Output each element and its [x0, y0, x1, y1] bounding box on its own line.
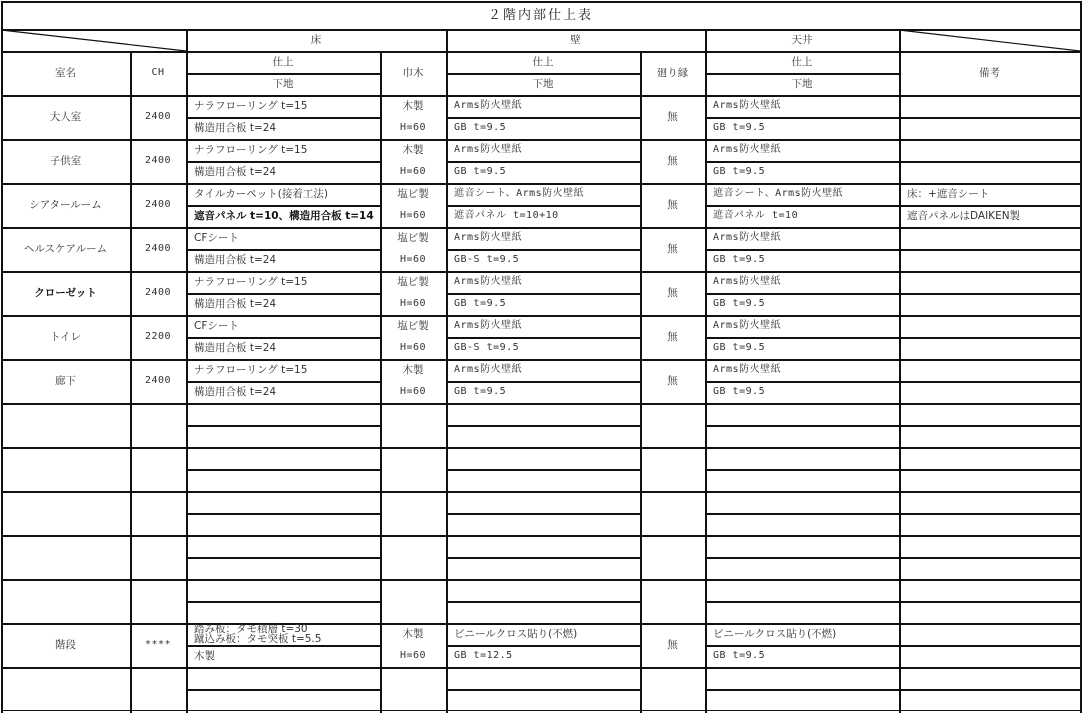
grid-line [186, 579, 188, 625]
grid-line [899, 601, 1082, 603]
ceiling-height: 2400 [130, 183, 186, 227]
row-divider [1, 403, 1082, 405]
ceiling-finish: Arms防火壁紙 [705, 271, 899, 293]
grid-line [899, 689, 1082, 691]
crown-molding: 無 [640, 139, 705, 183]
grid-line [186, 403, 188, 449]
remarks [899, 161, 1080, 183]
grid-line [446, 689, 642, 691]
finish-schedule-table: ２階内部仕上表床壁天井室名CH仕上下地巾木仕上下地廻り縁仕上下地備考大人室240… [0, 0, 1082, 713]
grid-line [705, 535, 707, 581]
grid-line [705, 513, 901, 515]
floor-base: 木製 [186, 645, 380, 667]
crown-molding: 無 [640, 227, 705, 271]
header-ceiling-finish: 仕上 [705, 51, 899, 73]
grid-line [130, 579, 132, 625]
header-wall-finish: 仕上 [446, 51, 640, 73]
row-divider [1, 535, 1082, 537]
room-name: クローゼット [1, 271, 130, 315]
grid-line [380, 535, 382, 581]
baseboard-height: H=60 [380, 117, 446, 139]
row-divider [1, 491, 1082, 493]
room-name: 階段 [1, 623, 130, 667]
floor-finish: ナラフローリング t=15 [186, 139, 380, 161]
header-remarks: 備考 [899, 51, 1080, 95]
grid-line [640, 447, 642, 493]
grid-line [899, 447, 901, 493]
grid-line [705, 469, 901, 471]
room-name: 子供室 [1, 139, 130, 183]
grid-line [705, 403, 707, 449]
floor-finish: ナラフローリング t=15 [186, 271, 380, 293]
grid-line [899, 535, 901, 581]
wall-base: GB t=9.5 [446, 293, 640, 315]
baseboard-height: H=60 [380, 205, 446, 227]
grid-line [446, 447, 448, 493]
ceiling-finish: Arms防火壁紙 [705, 95, 899, 117]
room-name: ヘルスケアルーム [1, 227, 130, 271]
header-ceiling-base: 下地 [705, 73, 899, 95]
grid-line [705, 491, 707, 537]
grid-line [186, 491, 188, 537]
header-ceiling: 天井 [705, 29, 899, 51]
grid-line [446, 403, 448, 449]
header-floor-base: 下地 [186, 73, 380, 95]
baseboard-material: 塩ビ製 [380, 183, 446, 205]
grid-line [186, 667, 188, 713]
floor-base: 構造用合板 t=24 [186, 249, 380, 271]
grid-line [640, 491, 642, 537]
grid-line [130, 403, 132, 449]
grid-line [130, 447, 132, 493]
grid-line [705, 601, 901, 603]
remarks [899, 337, 1080, 359]
floor-finish: CFシート [186, 315, 380, 337]
grid-line [186, 557, 382, 559]
ceiling-height: 2400 [130, 95, 186, 139]
grid-line [705, 579, 707, 625]
ceiling-finish: Arms防火壁紙 [705, 139, 899, 161]
grid-line [899, 557, 1082, 559]
grid-line [705, 425, 901, 427]
grid-line [380, 491, 382, 537]
grid-line [640, 535, 642, 581]
crown-molding: 無 [640, 183, 705, 227]
ceiling-base: GB t=9.5 [705, 249, 899, 271]
grid-line [186, 469, 382, 471]
header-wall: 壁 [446, 29, 705, 51]
grid-line [899, 491, 901, 537]
crown-molding: 無 [640, 315, 705, 359]
grid-line [899, 469, 1082, 471]
grid-line [899, 667, 901, 713]
crown-molding: 無 [640, 95, 705, 139]
baseboard-material: 木製 [380, 139, 446, 161]
baseboard-material: 塩ビ製 [380, 315, 446, 337]
riser-spec: 蹴込み板：タモ突板 t=5.5 [194, 634, 321, 644]
grid-line [899, 645, 1082, 647]
grid-line [186, 689, 382, 691]
ceiling-height: 2400 [130, 227, 186, 271]
header-room-name: 室名 [1, 51, 130, 95]
crown-molding: 無 [640, 271, 705, 315]
ceiling-height: 2400 [130, 271, 186, 315]
grid-line [130, 667, 132, 713]
floor-finish: CFシート [186, 227, 380, 249]
baseboard-material: 塩ビ製 [380, 227, 446, 249]
grid-line [380, 447, 382, 493]
room-name: 廊下 [1, 359, 130, 403]
remarks [899, 315, 1080, 337]
crown-molding: 無 [640, 623, 705, 667]
remarks [899, 139, 1080, 161]
grid-line [640, 579, 642, 625]
remarks: 遮音パネルはDAIKEN製 [899, 205, 1080, 227]
baseboard-material: 木製 [380, 95, 446, 117]
room-name: 大人室 [1, 95, 130, 139]
row-divider [1, 447, 1082, 449]
ceiling-finish: 遮音シート、Arms防火壁紙 [705, 183, 899, 205]
grid-line [899, 425, 1082, 427]
wall-finish: Arms防火壁紙 [446, 227, 640, 249]
remarks [899, 293, 1080, 315]
wall-finish: Arms防火壁紙 [446, 271, 640, 293]
wall-finish: Arms防火壁紙 [446, 315, 640, 337]
wall-finish: 遮音シート、Arms防火壁紙 [446, 183, 640, 205]
ceiling-finish: Arms防火壁紙 [705, 315, 899, 337]
floor-finish: タイルカーペット(接着工法) [186, 183, 380, 205]
ceiling-base: GB t=9.5 [705, 293, 899, 315]
ceiling-base: GB t=9.5 [705, 381, 899, 403]
wall-base: GB t=9.5 [446, 161, 640, 183]
wall-base: 遮音パネル t=10+10 [446, 205, 640, 227]
ceiling-base: GB t=9.5 [705, 161, 899, 183]
grid-line [899, 579, 901, 625]
ceiling-finish: ビニールクロス貼り(不燃) [705, 623, 899, 645]
grid-line [130, 535, 132, 581]
grid-line [130, 491, 132, 537]
baseboard-height: H=60 [380, 381, 446, 403]
remarks [899, 271, 1080, 293]
ceiling-base: GB t=9.5 [705, 337, 899, 359]
wall-base: GB-S t=9.5 [446, 337, 640, 359]
grid-line [705, 447, 707, 493]
remarks [899, 381, 1080, 403]
grid-line [899, 623, 901, 669]
floor-base: 構造用合板 t=24 [186, 117, 380, 139]
row-divider [1, 579, 1082, 581]
grid-line [446, 513, 642, 515]
remarks: 床：+遮音シート [899, 183, 1080, 205]
wall-finish: Arms防火壁紙 [446, 359, 640, 381]
grid-line [705, 667, 707, 713]
floor-base: 構造用合板 t=24 [186, 161, 380, 183]
grid-line [640, 403, 642, 449]
ceiling-base: GB t=9.5 [705, 117, 899, 139]
grid-line [186, 535, 188, 581]
baseboard-height: H=60 [380, 161, 446, 183]
crown-molding: 無 [640, 359, 705, 403]
header-ch: CH [130, 51, 186, 95]
wall-base: GB t=9.5 [446, 381, 640, 403]
wall-finish: Arms防火壁紙 [446, 95, 640, 117]
page-title: ２階内部仕上表 [1, 2, 1080, 29]
grid-line [446, 601, 642, 603]
header-floor: 床 [186, 29, 446, 51]
wall-base: GB t=12.5 [446, 645, 640, 667]
ceiling-base: 遮音パネル t=10 [705, 205, 899, 227]
grid-line [446, 491, 448, 537]
ceiling-finish: Arms防火壁紙 [705, 359, 899, 381]
wall-finish: ビニールクロス貼り(不燃) [446, 623, 640, 645]
grid-line [705, 689, 901, 691]
ceiling-finish: Arms防火壁紙 [705, 227, 899, 249]
row-divider [1, 667, 1082, 669]
remarks [899, 95, 1080, 117]
grid-line [705, 557, 901, 559]
grid-line [640, 667, 642, 713]
grid-line [186, 447, 188, 493]
grid-line [446, 667, 448, 713]
grid-line [446, 425, 642, 427]
grid-line [446, 535, 448, 581]
grid-line [380, 403, 382, 449]
baseboard-material: 塩ビ製 [380, 271, 446, 293]
header-molding: 廻り縁 [640, 51, 705, 95]
floor-finish: ナラフローリング t=15 [186, 95, 380, 117]
grid-line [186, 513, 382, 515]
wall-finish: Arms防火壁紙 [446, 139, 640, 161]
remarks [899, 227, 1080, 249]
baseboard-height: H=60 [380, 249, 446, 271]
grid-line [899, 513, 1082, 515]
floor-base: 遮音パネル t=10、構造用合板 t=14 [186, 205, 380, 227]
floor-finish: ナラフローリング t=15 [186, 359, 380, 381]
grid-line [186, 601, 382, 603]
ceiling-height: 2400 [130, 139, 186, 183]
table-bottom-border [1, 710, 1082, 712]
header-floor-finish: 仕上 [186, 51, 380, 73]
room-name: トイレ [1, 315, 130, 359]
baseboard-height: H=60 [380, 337, 446, 359]
floor-base: 構造用合板 t=24 [186, 293, 380, 315]
grid-line [899, 403, 901, 449]
floor-finish: 踏み板：タモ積層 t=30蹴込み板：タモ突板 t=5.5 [186, 623, 380, 645]
baseboard-material: 木製 [380, 623, 446, 645]
baseboard-height: H=60 [380, 645, 446, 667]
grid-line [446, 469, 642, 471]
header-wall-base: 下地 [446, 73, 640, 95]
baseboard-height: H=60 [380, 293, 446, 315]
remarks [899, 249, 1080, 271]
room-name: シアタールーム [1, 183, 130, 227]
grid-line [186, 425, 382, 427]
grid-line [446, 579, 448, 625]
baseboard-material: 木製 [380, 359, 446, 381]
table-right-border [1080, 1, 1082, 713]
header-baseboard: 巾木 [380, 51, 446, 95]
floor-base: 構造用合板 t=24 [186, 381, 380, 403]
ceiling-base: GB t=9.5 [705, 645, 899, 667]
ceiling-height: 2400 [130, 359, 186, 403]
wall-base: GB t=9.5 [446, 117, 640, 139]
ceiling-height: 2200 [130, 315, 186, 359]
remarks [899, 117, 1080, 139]
grid-line [380, 579, 382, 625]
grid-line [446, 557, 642, 559]
grid-line [380, 667, 382, 713]
remarks [899, 359, 1080, 381]
wall-base: GB-S t=9.5 [446, 249, 640, 271]
floor-base: 構造用合板 t=24 [186, 337, 380, 359]
ceiling-height: **** [130, 623, 186, 667]
